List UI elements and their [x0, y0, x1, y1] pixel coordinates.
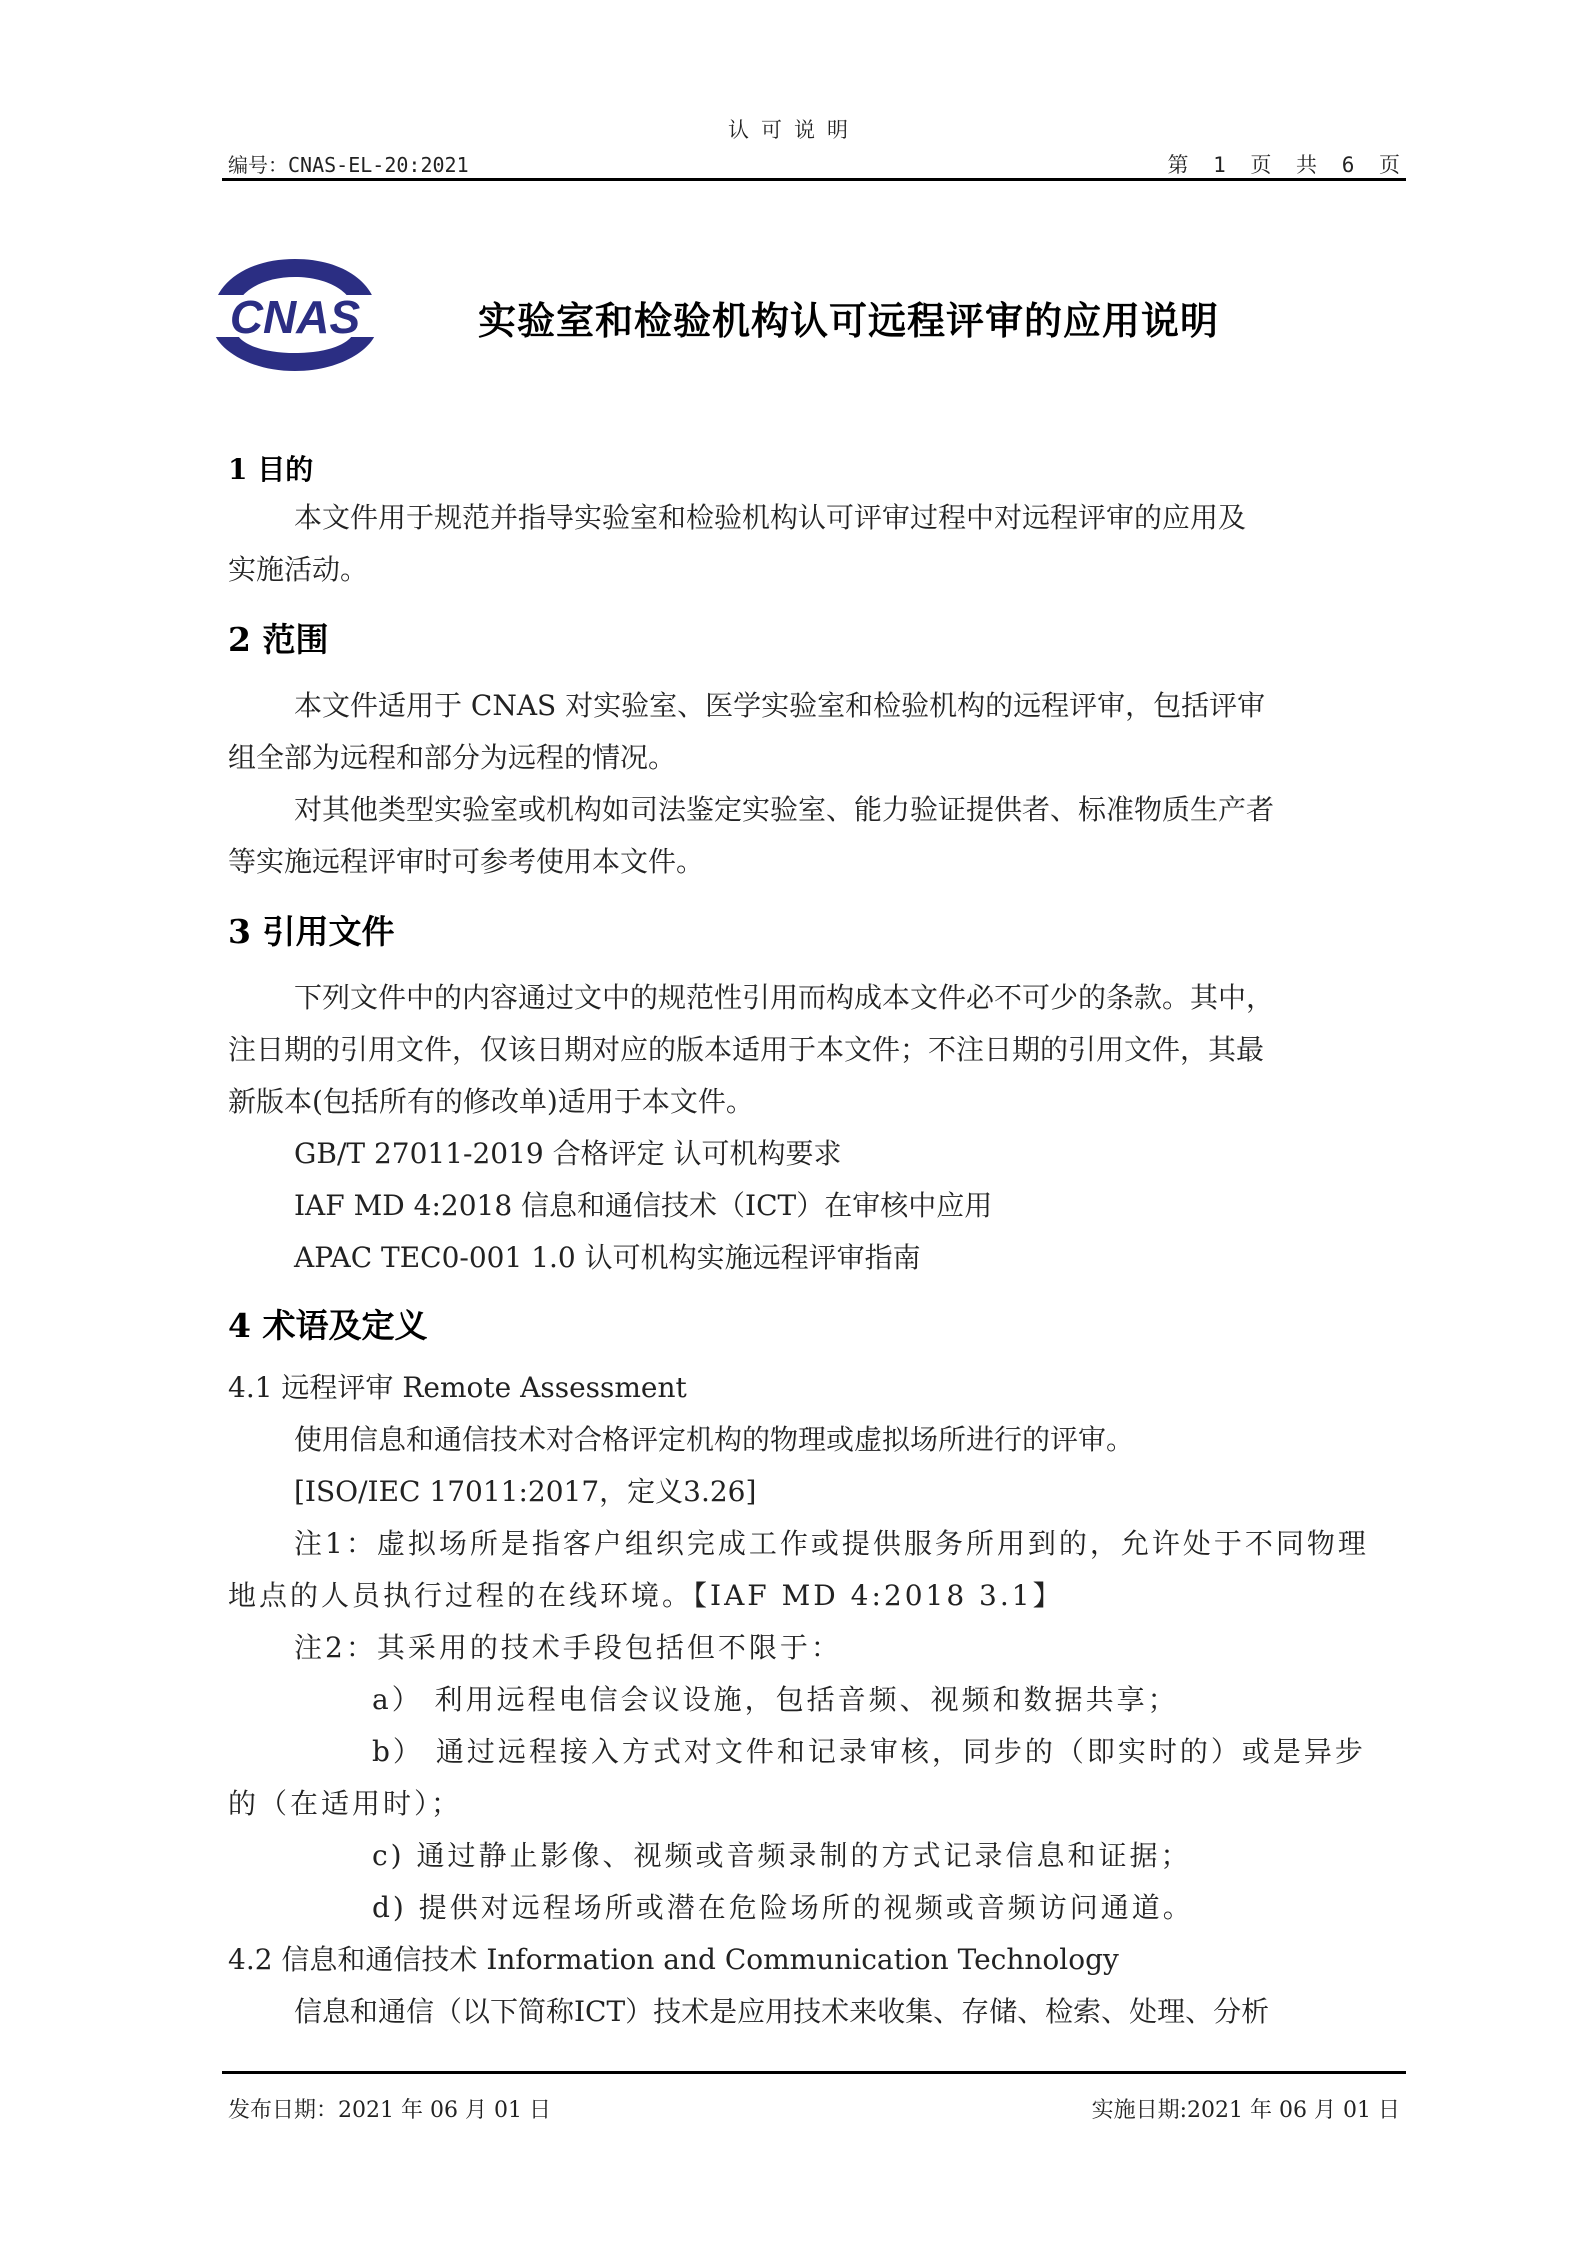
- paragraph-line: 下列文件中的内容通过文中的规范性引用而构成本文件必不可少的条款。其中，: [228, 972, 1406, 1024]
- svg-text:CNAS: CNAS: [230, 291, 361, 343]
- cnas-logo-icon: CNAS: [205, 255, 385, 375]
- header-divider: [222, 178, 1406, 181]
- paragraph-line: 新版本(包括所有的修改单)适用于本文件。: [228, 1076, 1406, 1128]
- list-item-d: d) 提供对远程场所或潜在危险场所的视频或音频访问通道。: [228, 1882, 1406, 1934]
- cnas-logo: CNAS: [205, 255, 385, 375]
- list-item-b-continued: 的（在适用时）；: [228, 1778, 1406, 1830]
- paragraph-line: 对其他类型实验室或机构如司法鉴定实验室、能力验证提供者、标准物质生产者: [228, 784, 1406, 836]
- list-item-c: c) 通过静止影像、视频或音频录制的方式记录信息和证据；: [228, 1830, 1406, 1882]
- section-3-heading: 3 引用文件: [228, 906, 394, 953]
- footer-divider: [222, 2071, 1406, 2074]
- section-4-body: 4.1 远程评审 Remote Assessment 使用信息和通信技术对合格评…: [228, 1362, 1406, 2038]
- page-info: 第 1 页 共 6 页: [1167, 149, 1406, 179]
- list-item-b: b） 通过远程接入方式对文件和记录审核，同步的（即实时的）或是异步: [228, 1726, 1406, 1778]
- list-item-a: a） 利用远程电信会议设施，包括音频、视频和数据共享；: [228, 1674, 1406, 1726]
- section-4-heading: 4 术语及定义: [228, 1300, 427, 1347]
- definition-4-1: 使用信息和通信技术对合格评定机构的物理或虚拟场所进行的评审。: [228, 1414, 1406, 1466]
- section-1-paragraph: 本文件用于规范并指导实验室和检验机构认可评审过程中对远程评审的应用及 实施活动。: [228, 492, 1406, 596]
- note-2: 注2：其采用的技术手段包括但不限于：: [228, 1622, 1406, 1674]
- paragraph-line: 注日期的引用文件，仅该日期对应的版本适用于本文件；不注日期的引用文件，其最: [228, 1024, 1406, 1076]
- paragraph-line: 组全部为远程和部分为远程的情况。: [228, 732, 1406, 784]
- effective-date: 实施日期:2021 年 06 月 01 日: [1092, 2093, 1400, 2124]
- paragraph-line: 本文件适用于 CNAS 对实验室、医学实验室和检验机构的远程评审，包括评审: [228, 680, 1406, 732]
- term-4-2: 4.2 信息和通信技术 Information and Communicatio…: [228, 1934, 1406, 1986]
- note-1-line: 注1：虚拟场所是指客户组织完成工作或提供服务所用到的，允许处于不同物理: [228, 1518, 1406, 1570]
- note-1-line: 地点的人员执行过程的在线环境。【IAF MD 4:2018 3.1】: [228, 1570, 1406, 1622]
- section-3-paragraph: 下列文件中的内容通过文中的规范性引用而构成本文件必不可少的条款。其中， 注日期的…: [228, 972, 1406, 1284]
- paragraph-line: 本文件用于规范并指导实验室和检验机构认可评审过程中对远程评审的应用及: [228, 492, 1406, 544]
- term-4-1: 4.1 远程评审 Remote Assessment: [228, 1362, 1406, 1414]
- section-1-heading: 1 目的: [228, 448, 313, 488]
- definition-source: [ISO/IEC 17011:2017，定义3.26]: [228, 1466, 1406, 1518]
- paragraph-line: 等实施远程评审时可参考使用本文件。: [228, 836, 1406, 888]
- reference-item: APAC TEC0-001 1.0 认可机构实施远程评审指南: [228, 1232, 1406, 1284]
- definition-4-2: 信息和通信（以下简称ICT）技术是应用技术来收集、存储、检索、处理、分析: [228, 1986, 1406, 2038]
- document-title: 实验室和检验机构认可远程评审的应用说明: [478, 290, 1219, 345]
- paragraph-line: 实施活动。: [228, 544, 1406, 596]
- document-number: 编号：CNAS-EL-20:2021: [228, 149, 469, 178]
- reference-item: GB/T 27011-2019 合格评定 认可机构要求: [228, 1128, 1406, 1180]
- document-category: 认可说明: [0, 114, 1588, 144]
- section-2-heading: 2 范围: [228, 614, 328, 661]
- section-2-paragraph: 本文件适用于 CNAS 对实验室、医学实验室和检验机构的远程评审，包括评审 组全…: [228, 680, 1406, 888]
- issue-date: 发布日期：2021 年 06 月 01 日: [228, 2093, 551, 2124]
- reference-item: IAF MD 4:2018 信息和通信技术（ICT）在审核中应用: [228, 1180, 1406, 1232]
